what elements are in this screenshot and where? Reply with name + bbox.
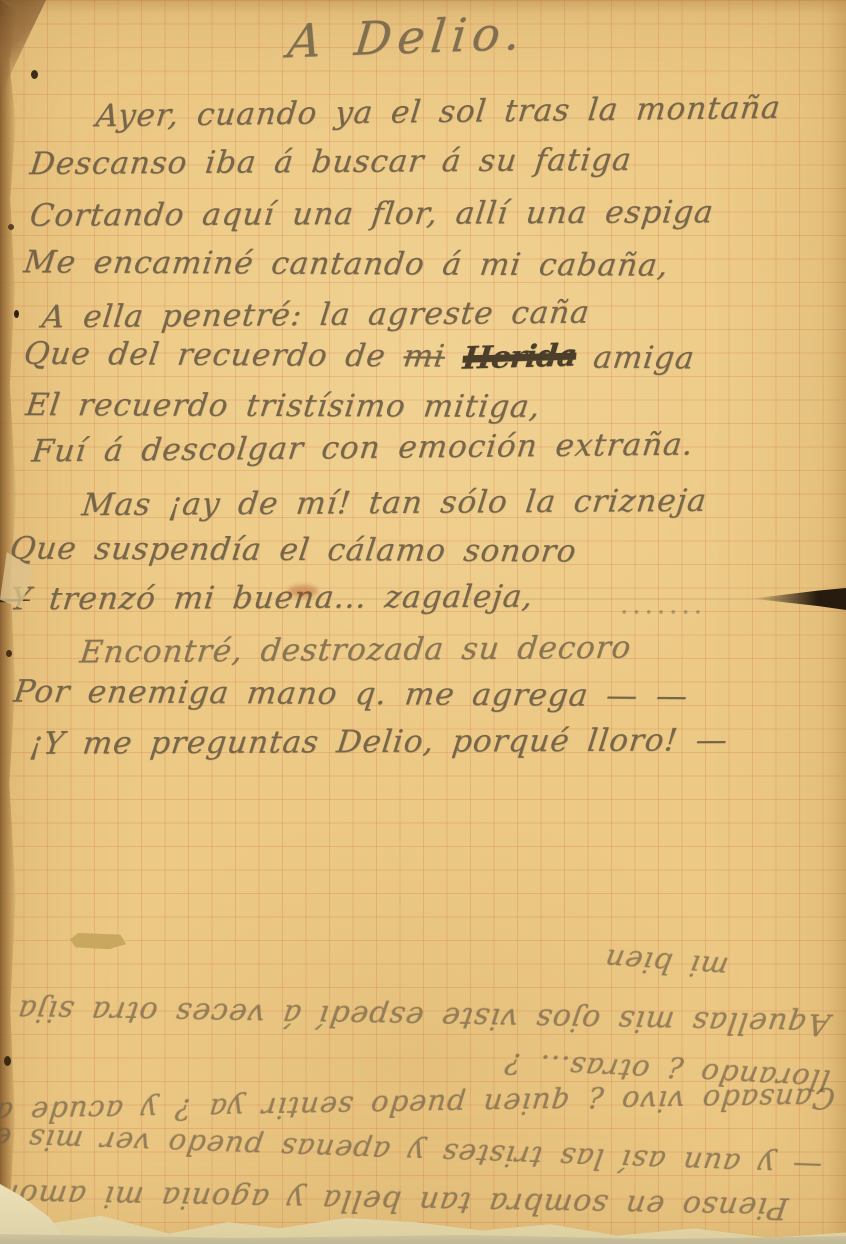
page-title: A Delio. [285,6,528,69]
ink-speck [6,650,12,657]
poem-line-with-correction: Que del recuerdo de mi Herida amiga [22,336,697,377]
scribbled-out-word: Herida [461,338,578,377]
poem-line: Descanso iba á buscar á su fatiga [28,142,634,182]
paper-tab-remnant [70,933,126,949]
trailing-dots: ....... [620,590,706,620]
ink-speck [14,310,19,318]
ink-speck [4,1056,11,1066]
poem-line: Por enemiga mano q. me agrega — — [12,674,691,715]
poem-line: Cortando aquí una flor, allí una espiga [28,194,716,234]
ink-speck [8,224,14,230]
poem-line: Y trenzó mi buena... zagaleja, [8,579,536,618]
poem-line: A ella penetré: la agreste caña [40,295,592,336]
ink-speck [31,70,38,79]
red-smudge [288,585,318,597]
poem-line-prefix: Que del recuerdo de [22,336,406,375]
poem-line-suffix: amiga [573,340,697,377]
poem-line: Fuí á descolgar con emoción extraña. [30,427,696,470]
poem-line: El recuerdo tristísimo mitiga, [24,387,543,425]
poem-line: Mas ¡ay de mí! tan sólo la crizneja [80,483,709,523]
poem-line: Que suspendía el cálamo sonoro [8,531,579,570]
poem-line: Me encaminé cantando á mi cabaña, [22,244,671,283]
poem-line: Encontré, destrozada su decoro [78,630,633,671]
struck-word: mi [401,338,447,374]
poem-line: ¡Y me preguntas Delio, porqué lloro! — [28,722,730,762]
